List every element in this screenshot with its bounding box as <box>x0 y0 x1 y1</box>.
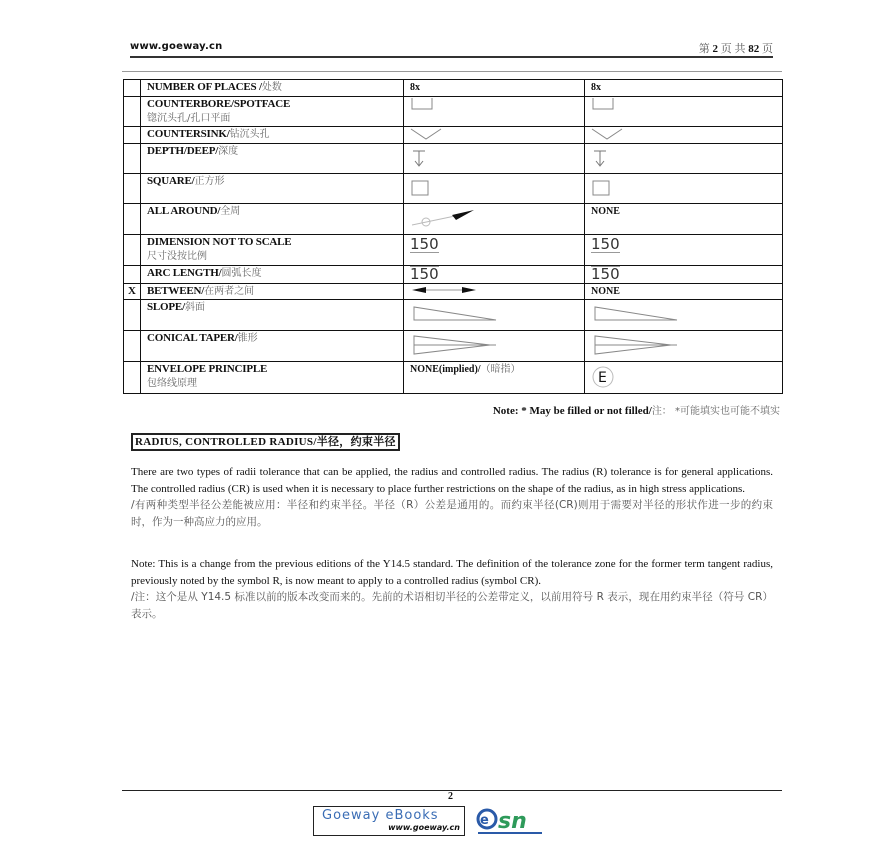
depth-icon <box>591 149 611 169</box>
mark-cell <box>124 80 141 97</box>
countersink-icon <box>410 127 444 141</box>
table-row: DEPTH/DEEP/深度 <box>124 144 783 174</box>
mark-cell <box>124 300 141 331</box>
between-arrows-icon <box>410 284 480 296</box>
table-row: CONICAL TAPER/锥形 <box>124 331 783 362</box>
mark-cell <box>124 235 141 266</box>
symbol-name: BETWEEN/ <box>147 285 204 297</box>
column1-cell <box>404 97 585 127</box>
symbol-name: DEPTH/DEEP/ <box>147 145 218 157</box>
symbol-name-zh: 正方形 <box>195 176 225 187</box>
esn-logo[interactable]: e sn <box>476 806 546 836</box>
column2-cell: 150 <box>585 266 783 284</box>
symbol-name: CONICAL TAPER/ <box>147 332 238 344</box>
mark-cell <box>124 144 141 174</box>
header-page-counter: 第 2 页 共 82 页 <box>699 40 773 56</box>
section-heading: RADIUS, CONTROLLED RADIUS/半径，约束半径 <box>131 433 400 451</box>
mark-cell: X <box>124 284 141 300</box>
symbol-name-zh: 在两者之间 <box>204 286 254 297</box>
column2-cell <box>585 174 783 204</box>
slope-icon <box>410 305 500 325</box>
counterbore-icon <box>591 97 615 111</box>
symbol-name-zh: 钻沉头孔 <box>230 129 270 140</box>
cell-value: 8x <box>410 82 420 93</box>
table-row: SQUARE/正方形 <box>124 174 783 204</box>
symbol-name-zh: 全周 <box>220 206 240 217</box>
mark-cell <box>124 97 141 127</box>
column1-cell: 150 <box>404 266 585 284</box>
column2-cell <box>585 144 783 174</box>
paragraph-radius-types: There are two types of radii tolerance t… <box>131 464 773 530</box>
square-icon <box>591 179 613 199</box>
esn-logo-icon: e sn <box>476 806 546 836</box>
mark-cell <box>124 204 141 235</box>
column2-cell <box>585 300 783 331</box>
symbol-name: ARC LENGTH/ <box>147 267 222 279</box>
svg-text:sn: sn <box>498 809 527 834</box>
column1-cell: 150 <box>404 235 585 266</box>
column1-cell <box>404 174 585 204</box>
mark-cell <box>124 331 141 362</box>
mark-cell <box>124 266 141 284</box>
column2-cell <box>585 97 783 127</box>
mark-cell <box>124 174 141 204</box>
symbol-name: SQUARE/ <box>147 175 195 187</box>
column2-cell: 150 <box>585 235 783 266</box>
symbol-name: DIMENSION NOT TO SCALE <box>147 236 291 248</box>
symbol-name-cell: SQUARE/正方形 <box>141 174 404 204</box>
column1-cell <box>404 144 585 174</box>
slope-icon <box>591 305 681 325</box>
paragraph-note-change: Note: This is a change from the previous… <box>131 556 773 622</box>
square-icon <box>410 179 432 199</box>
mark-cell <box>124 127 141 144</box>
symbol-name-cell: CONICAL TAPER/锥形 <box>141 331 404 362</box>
symbol-table: NUMBER OF PLACES /处数8x8xCOUNTERBORE/SPOT… <box>123 79 783 394</box>
symbol-name-zh: 深度 <box>218 146 238 157</box>
svg-text:e: e <box>480 813 489 828</box>
symbol-name-zh-line2: 包络线原理 <box>147 377 397 391</box>
symbol-name: COUNTERBORE/SPOTFACE <box>147 98 290 110</box>
depth-icon <box>410 149 430 169</box>
table-row: NUMBER OF PLACES /处数8x8x <box>124 80 783 97</box>
column1-cell <box>404 331 585 362</box>
column1-cell: 8x <box>404 80 585 97</box>
table-row: XBETWEEN/在两者之间NONE <box>124 284 783 300</box>
symbol-name-cell: DEPTH/DEEP/深度 <box>141 144 404 174</box>
mark-cell <box>124 362 141 394</box>
table-row: SLOPE/斜面 <box>124 300 783 331</box>
symbol-name-zh: 处数 <box>262 82 282 93</box>
symbol-name-zh: 斜面 <box>185 302 205 313</box>
page-header: www.goeway.cn 第 2 页 共 82 页 <box>130 40 773 58</box>
symbol-name-cell: ALL AROUND/全周 <box>141 204 404 235</box>
table-note: Note: * May be filled or not filled/注： *… <box>493 402 780 417</box>
cell-value-zh: （暗指） <box>481 364 521 375</box>
cell-value: NONE(implied)/ <box>410 364 481 375</box>
symbol-name-cell: NUMBER OF PLACES /处数 <box>141 80 404 97</box>
symbol-name-zh-line2: 尺寸没按比例 <box>147 250 397 264</box>
symbol-name-cell: ARC LENGTH/圆弧长度 <box>141 266 404 284</box>
column2-cell: NONE <box>585 204 783 235</box>
column1-cell <box>404 204 585 235</box>
arc-length-value: 150 <box>410 266 439 282</box>
column2-cell <box>585 331 783 362</box>
counterbore-icon <box>410 97 434 111</box>
symbol-name-cell: COUNTERSINK/钻沉头孔 <box>141 127 404 144</box>
column1-cell <box>404 127 585 144</box>
countersink-icon <box>591 127 625 141</box>
conical-taper-icon <box>410 334 500 358</box>
symbol-name-cell: BETWEEN/在两者之间 <box>141 284 404 300</box>
symbol-name-cell: SLOPE/斜面 <box>141 300 404 331</box>
column2-cell: 8x <box>585 80 783 97</box>
symbol-name-zh: 圆弧长度 <box>222 268 262 279</box>
symbol-name: ALL AROUND/ <box>147 205 220 217</box>
cell-value: NONE <box>591 286 620 297</box>
table-row: ARC LENGTH/圆弧长度150150 <box>124 266 783 284</box>
dimension-not-to-scale-value: 150 <box>591 237 620 253</box>
symbol-name: ENVELOPE PRINCIPLE <box>147 363 267 375</box>
table-row: ENVELOPE PRINCIPLE包络线原理NONE(implied)/（暗指… <box>124 362 783 394</box>
dimension-not-to-scale-value: 150 <box>410 237 439 253</box>
table-row: ALL AROUND/全周NONE <box>124 204 783 235</box>
goeway-ebooks-logo[interactable]: Goeway eBooks www.goeway.cn <box>313 806 465 836</box>
symbol-name: COUNTERSINK/ <box>147 128 230 140</box>
conical-taper-icon <box>591 334 681 358</box>
column2-cell: NONE <box>585 284 783 300</box>
column1-cell <box>404 284 585 300</box>
symbol-name: SLOPE/ <box>147 301 185 313</box>
all-around-icon <box>410 208 480 230</box>
footer-page-number: 2 <box>448 791 453 802</box>
symbol-name-zh: 锥形 <box>238 333 258 344</box>
symbol-name-cell: COUNTERBORE/SPOTFACE锪沉头孔/孔口平面 <box>141 97 404 127</box>
symbol-name-cell: DIMENSION NOT TO SCALE尺寸没按比例 <box>141 235 404 266</box>
column1-cell: NONE(implied)/（暗指） <box>404 362 585 394</box>
symbol-name-zh-line2: 锪沉头孔/孔口平面 <box>147 112 397 126</box>
column1-cell <box>404 300 585 331</box>
svg-text:E: E <box>598 370 607 386</box>
table-row: COUNTERBORE/SPOTFACE锪沉头孔/孔口平面 <box>124 97 783 127</box>
arc-length-value: 150 <box>591 266 620 282</box>
table-row: DIMENSION NOT TO SCALE尺寸没按比例150150 <box>124 235 783 266</box>
header-site: www.goeway.cn <box>130 41 222 52</box>
envelope-e-icon: E <box>591 366 617 388</box>
column2-cell: E <box>585 362 783 394</box>
cell-value: NONE <box>591 206 620 217</box>
symbol-name: NUMBER OF PLACES / <box>147 81 262 93</box>
symbol-name-cell: ENVELOPE PRINCIPLE包络线原理 <box>141 362 404 394</box>
column2-cell <box>585 127 783 144</box>
table-row: COUNTERSINK/钻沉头孔 <box>124 127 783 144</box>
header-divider <box>122 71 782 72</box>
cell-value: 8x <box>591 82 601 93</box>
